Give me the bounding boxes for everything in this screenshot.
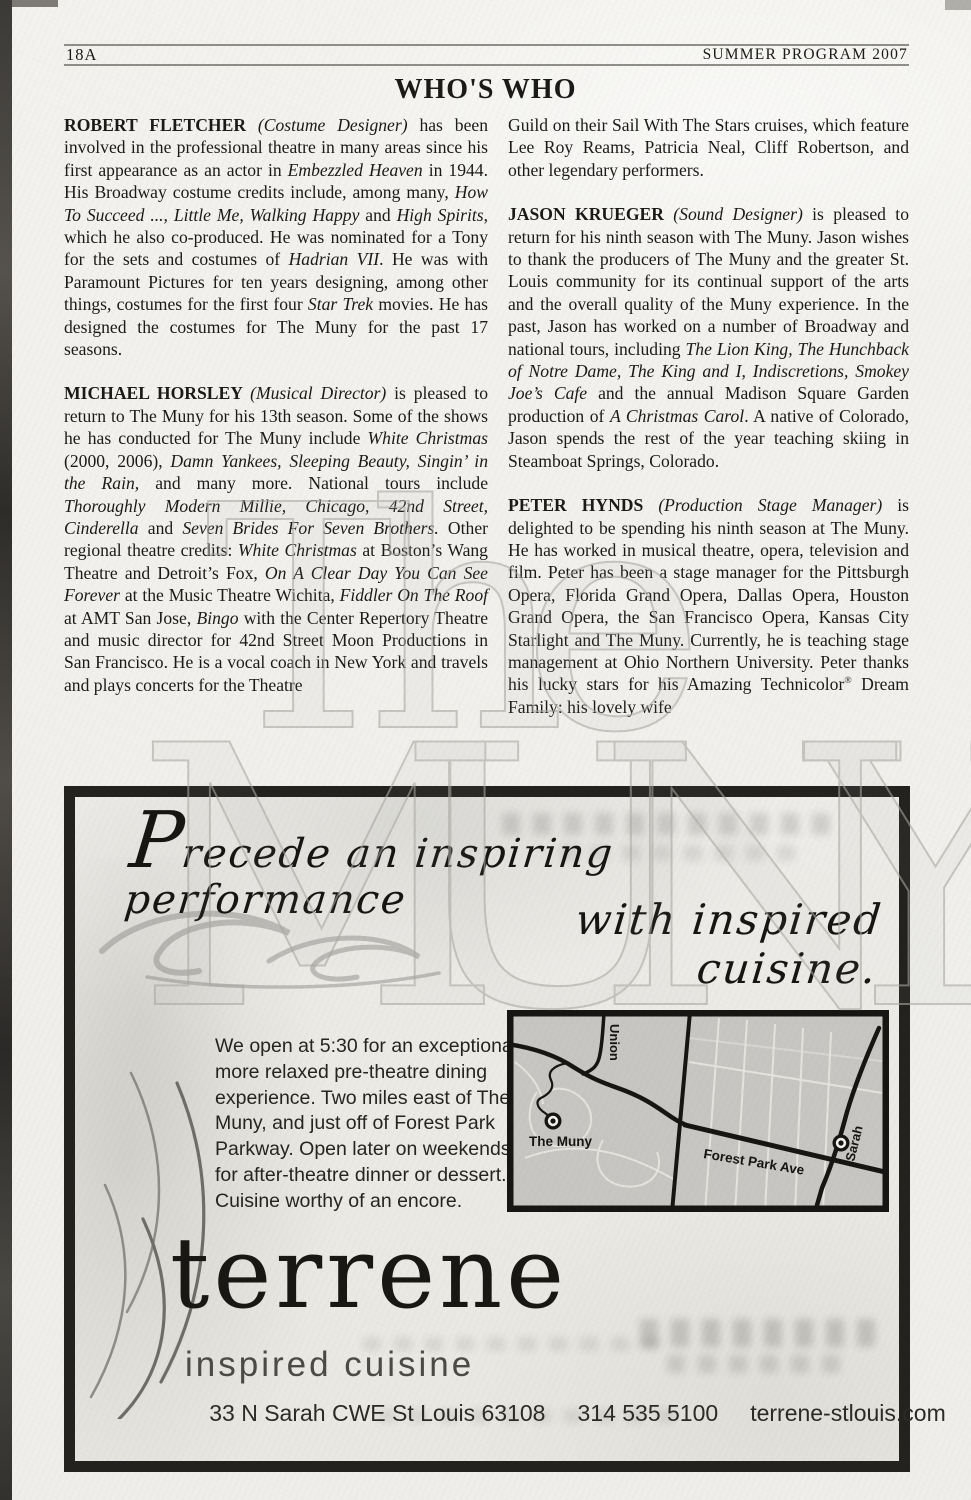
bleed-through-artifact [635, 1319, 875, 1347]
ad-body-text: We open at 5:30 for an exceptional more … [215, 1034, 531, 1215]
page-title: WHO'S WHO [0, 74, 971, 106]
program-page: 18A SUMMER PROGRAM 2007 WHO'S WHO ROBERT… [0, 0, 971, 1500]
bio-continuation: Guild on their Sail With The Stars cruis… [508, 114, 909, 181]
page-number: 18A [66, 45, 97, 65]
map-label-union: Union [607, 1024, 622, 1061]
footer-website: terrene-stlouis.com [750, 1400, 946, 1427]
bio-jason-krueger: JASON KRUEGER (Sound Designer) is please… [508, 203, 909, 472]
map-label-the-muny: The Muny [529, 1134, 592, 1149]
bio-michael-horsley: MICHAEL HORSLEY (Musical Director) is pl… [64, 382, 488, 696]
article-column-right: Guild on their Sail With The Stars cruis… [508, 114, 909, 740]
footer-address: 33 N Sarah CWE St Louis 63108 [209, 1400, 545, 1427]
scan-artifact [12, 0, 58, 7]
map-marker-the-muny [545, 1113, 562, 1130]
location-map: Union The Muny Forest Park Ave Sarah [507, 1010, 889, 1212]
ad-headline-line2: with inspired cuisine. [440, 895, 885, 993]
bleed-through-artifact [660, 1355, 840, 1373]
bio-robert-fletcher: ROBERT FLETCHER (Costume Designer) has b… [64, 114, 488, 360]
terrene-tagline: inspired cuisine [185, 1345, 474, 1385]
scan-artifact [945, 0, 971, 10]
terrene-logo: terrene [170, 1217, 568, 1331]
program-title: SUMMER PROGRAM 2007 [703, 46, 908, 64]
scan-edge-strip [0, 0, 12, 1500]
terrene-advertisement: Precede an inspiring performance with in… [64, 786, 910, 1472]
header-rule-bottom [64, 64, 909, 66]
ad-footer: 33 N Sarah CWE St Louis 63108 314 535 51… [265, 1395, 890, 1431]
article-column-left: ROBERT FLETCHER (Costume Designer) has b… [64, 114, 488, 718]
footer-phone: 314 535 5100 [577, 1400, 718, 1427]
bio-peter-hynds: PETER HYNDS (Production Stage Manager) i… [508, 494, 909, 718]
